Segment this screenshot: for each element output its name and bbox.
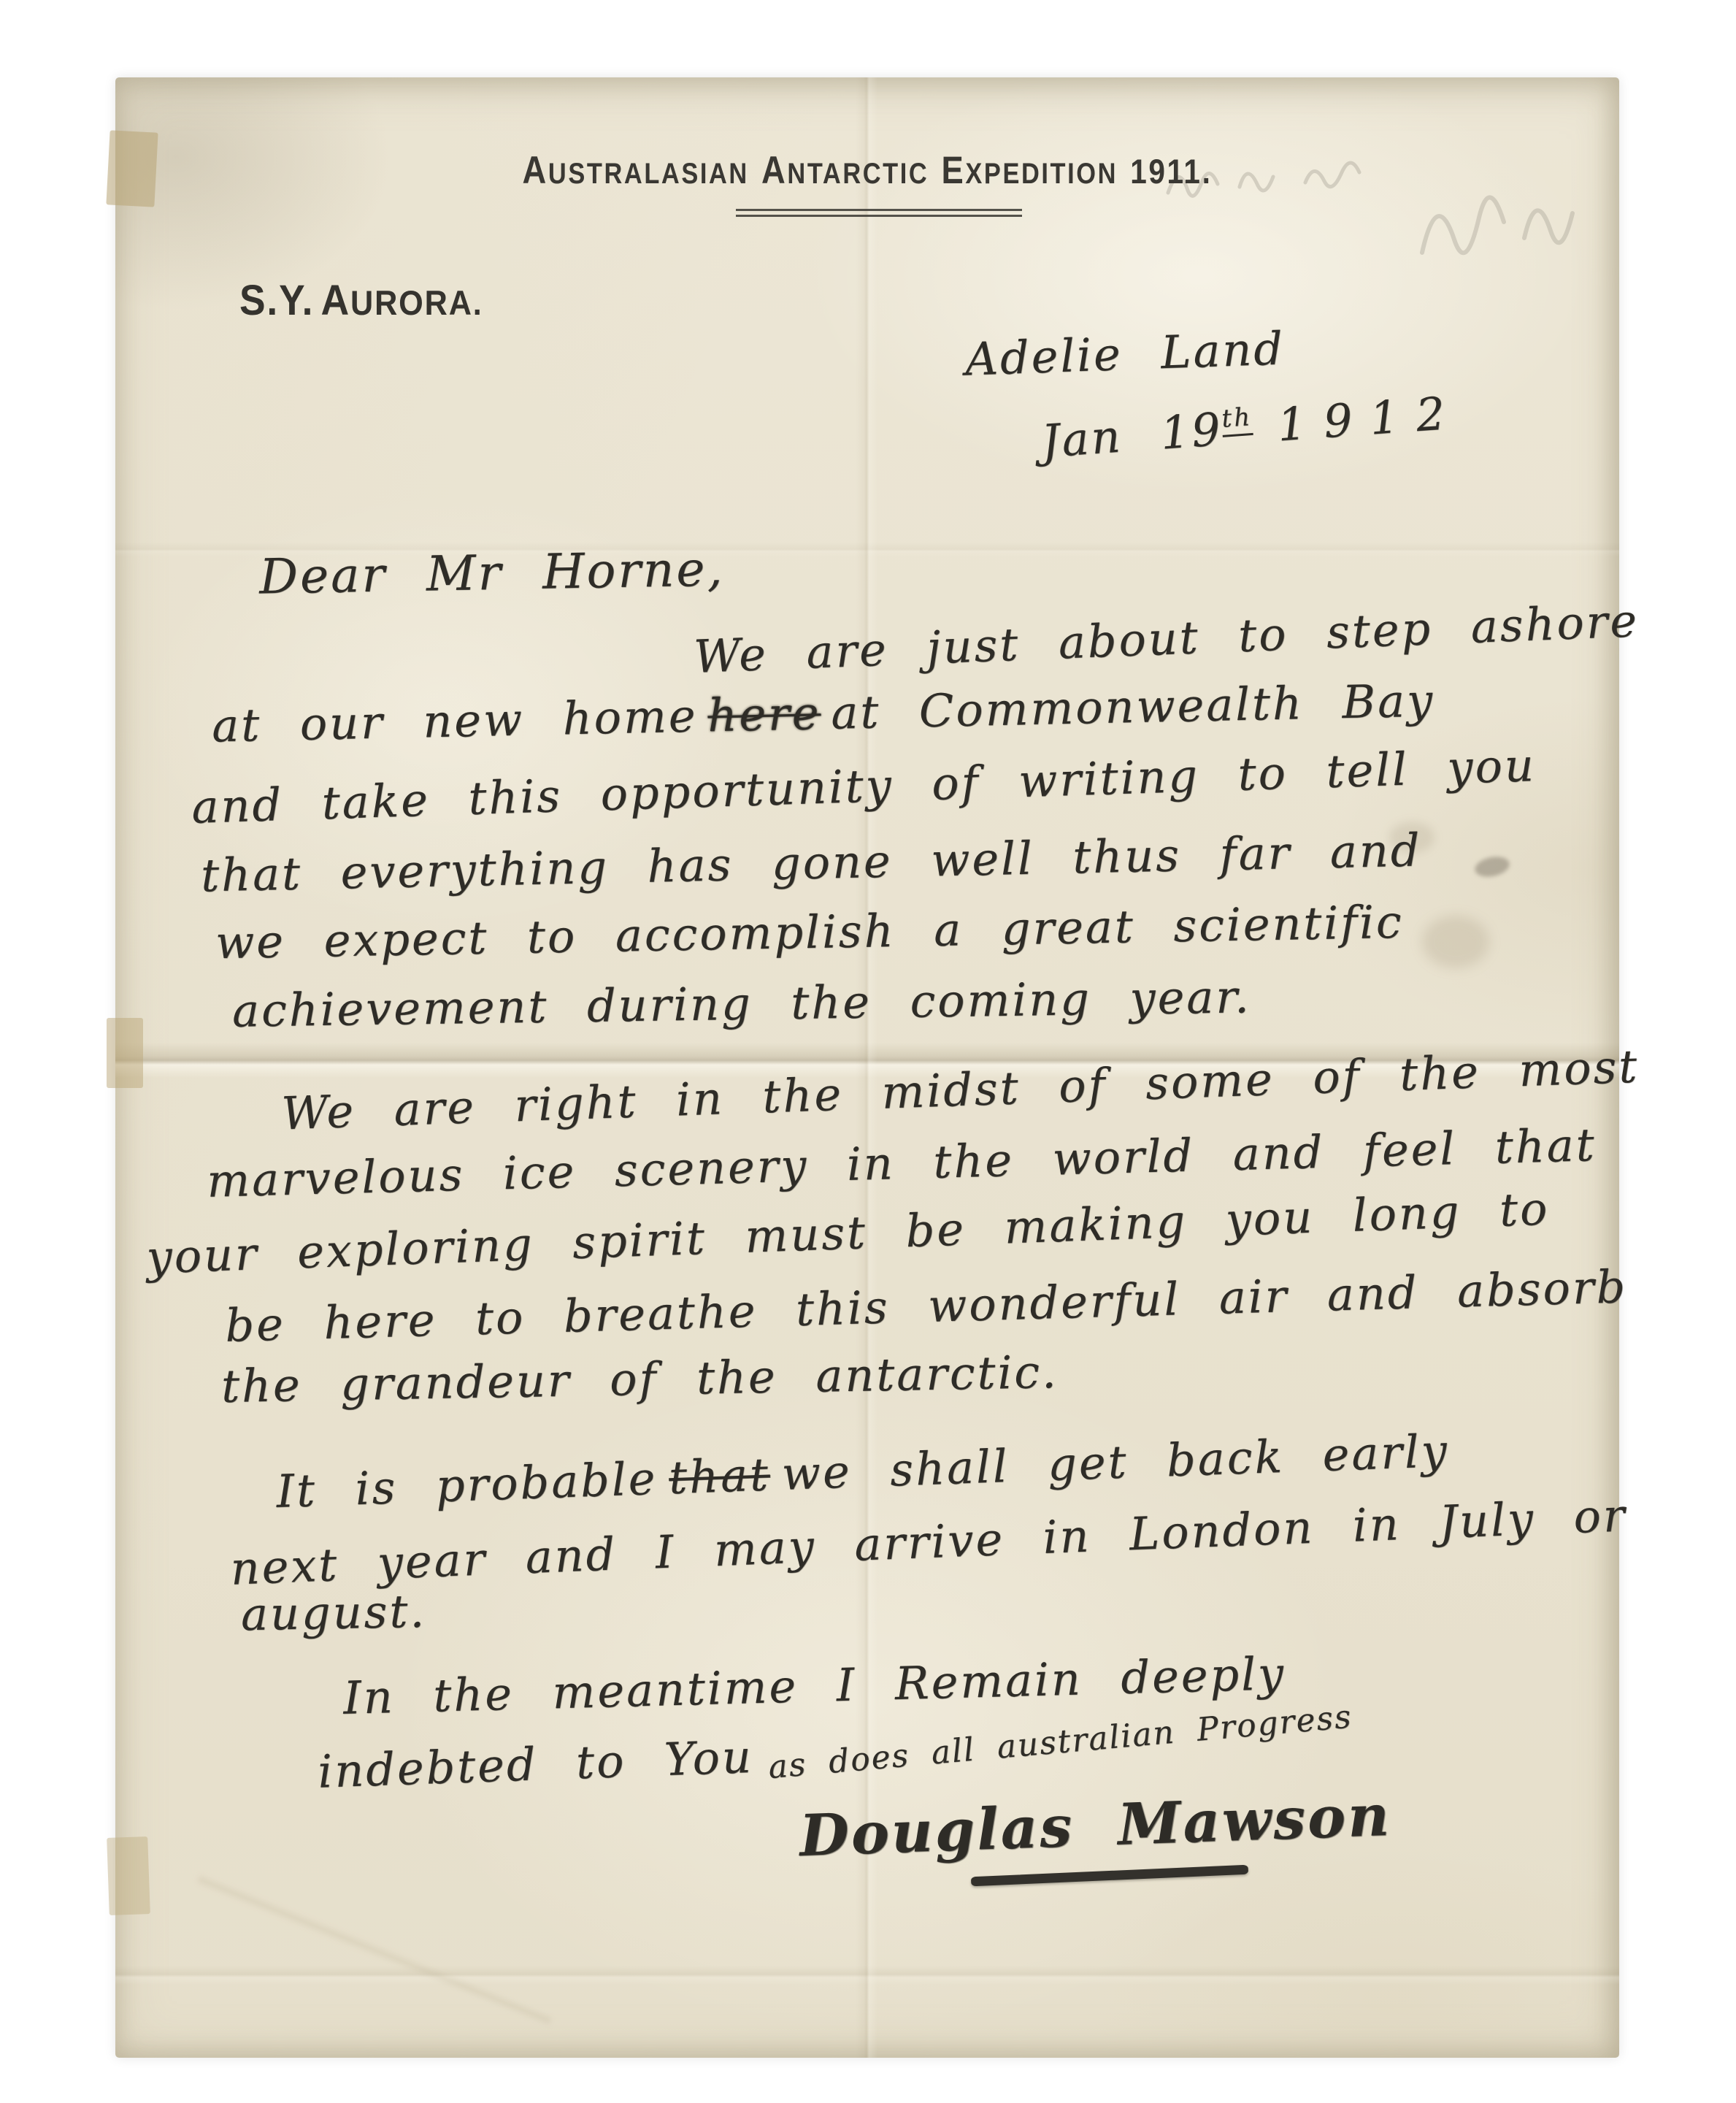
letterhead-title-word: Antarctic	[761, 148, 929, 193]
letterhead-title: AustralasianAntarcticExpedition1911.	[220, 148, 1514, 193]
dateline-year: 1912	[1275, 386, 1464, 452]
body-line-2: at our new homehereat Commonwealth Bay	[211, 673, 1434, 752]
ship-name-block: S.Y.Aurora.	[239, 276, 483, 325]
paper-wrinkle	[197, 1876, 552, 2024]
ship-prefix: S.Y.	[239, 277, 314, 324]
ink-smudge	[1473, 854, 1511, 879]
body-line-5: we expect to accomplish a great scientif…	[215, 895, 1404, 969]
dateline-date: Jan 19th1912	[1040, 386, 1464, 468]
dateline-place: Adelie Land	[964, 321, 1286, 386]
signature-underline	[971, 1865, 1248, 1887]
body-line-16: indebted to Youas does all australian Pr…	[317, 1709, 1354, 1798]
body-line-4: that everything has gone well thus far a…	[200, 823, 1422, 902]
dateline-day: Jan 19	[1040, 402, 1224, 468]
tape-mark-bottom	[107, 1836, 150, 1915]
body-line-14: august.	[240, 1585, 426, 1641]
struck-word: that	[668, 1447, 771, 1504]
body-line-6: achievement during the coming year.	[232, 970, 1252, 1037]
title-double-underline	[736, 209, 1022, 217]
body-line-16-pre: indebted to You	[317, 1730, 754, 1799]
body-line-12-post: we shall get back early	[781, 1424, 1450, 1501]
letterhead-title-year: 1911.	[1130, 152, 1212, 192]
letter-paper: AustralasianAntarcticExpedition1911. S.Y…	[115, 77, 1619, 2058]
overwritten-word: here	[707, 686, 821, 742]
dateline-ordinal: th	[1221, 402, 1253, 437]
tape-mark-top	[106, 130, 158, 207]
ship-name: Aurora.	[320, 276, 483, 325]
letterhead-title-word: Australasian	[523, 148, 749, 193]
salutation: Dear Mr Horne,	[258, 540, 725, 605]
body-line-12-pre: It is probable	[275, 1452, 658, 1518]
letterhead-title-word: Expedition	[942, 148, 1118, 193]
body-line-11: the grandeur of the antarctic.	[220, 1345, 1059, 1413]
paper-stain	[1422, 916, 1489, 968]
body-line-1: We are just about to step ashore	[693, 594, 1640, 683]
body-line-2-post: at Commonwealth Bay	[831, 673, 1435, 739]
signature: Douglas Mawson	[799, 1782, 1393, 1869]
body-line-2-pre: at our new home	[211, 689, 698, 753]
scanned-letter-page: AustralasianAntarcticExpedition1911. S.Y…	[0, 0, 1736, 2103]
tape-mark-middle	[107, 1018, 143, 1088]
body-line-15: In the meantime I Remain deeply	[342, 1647, 1286, 1725]
